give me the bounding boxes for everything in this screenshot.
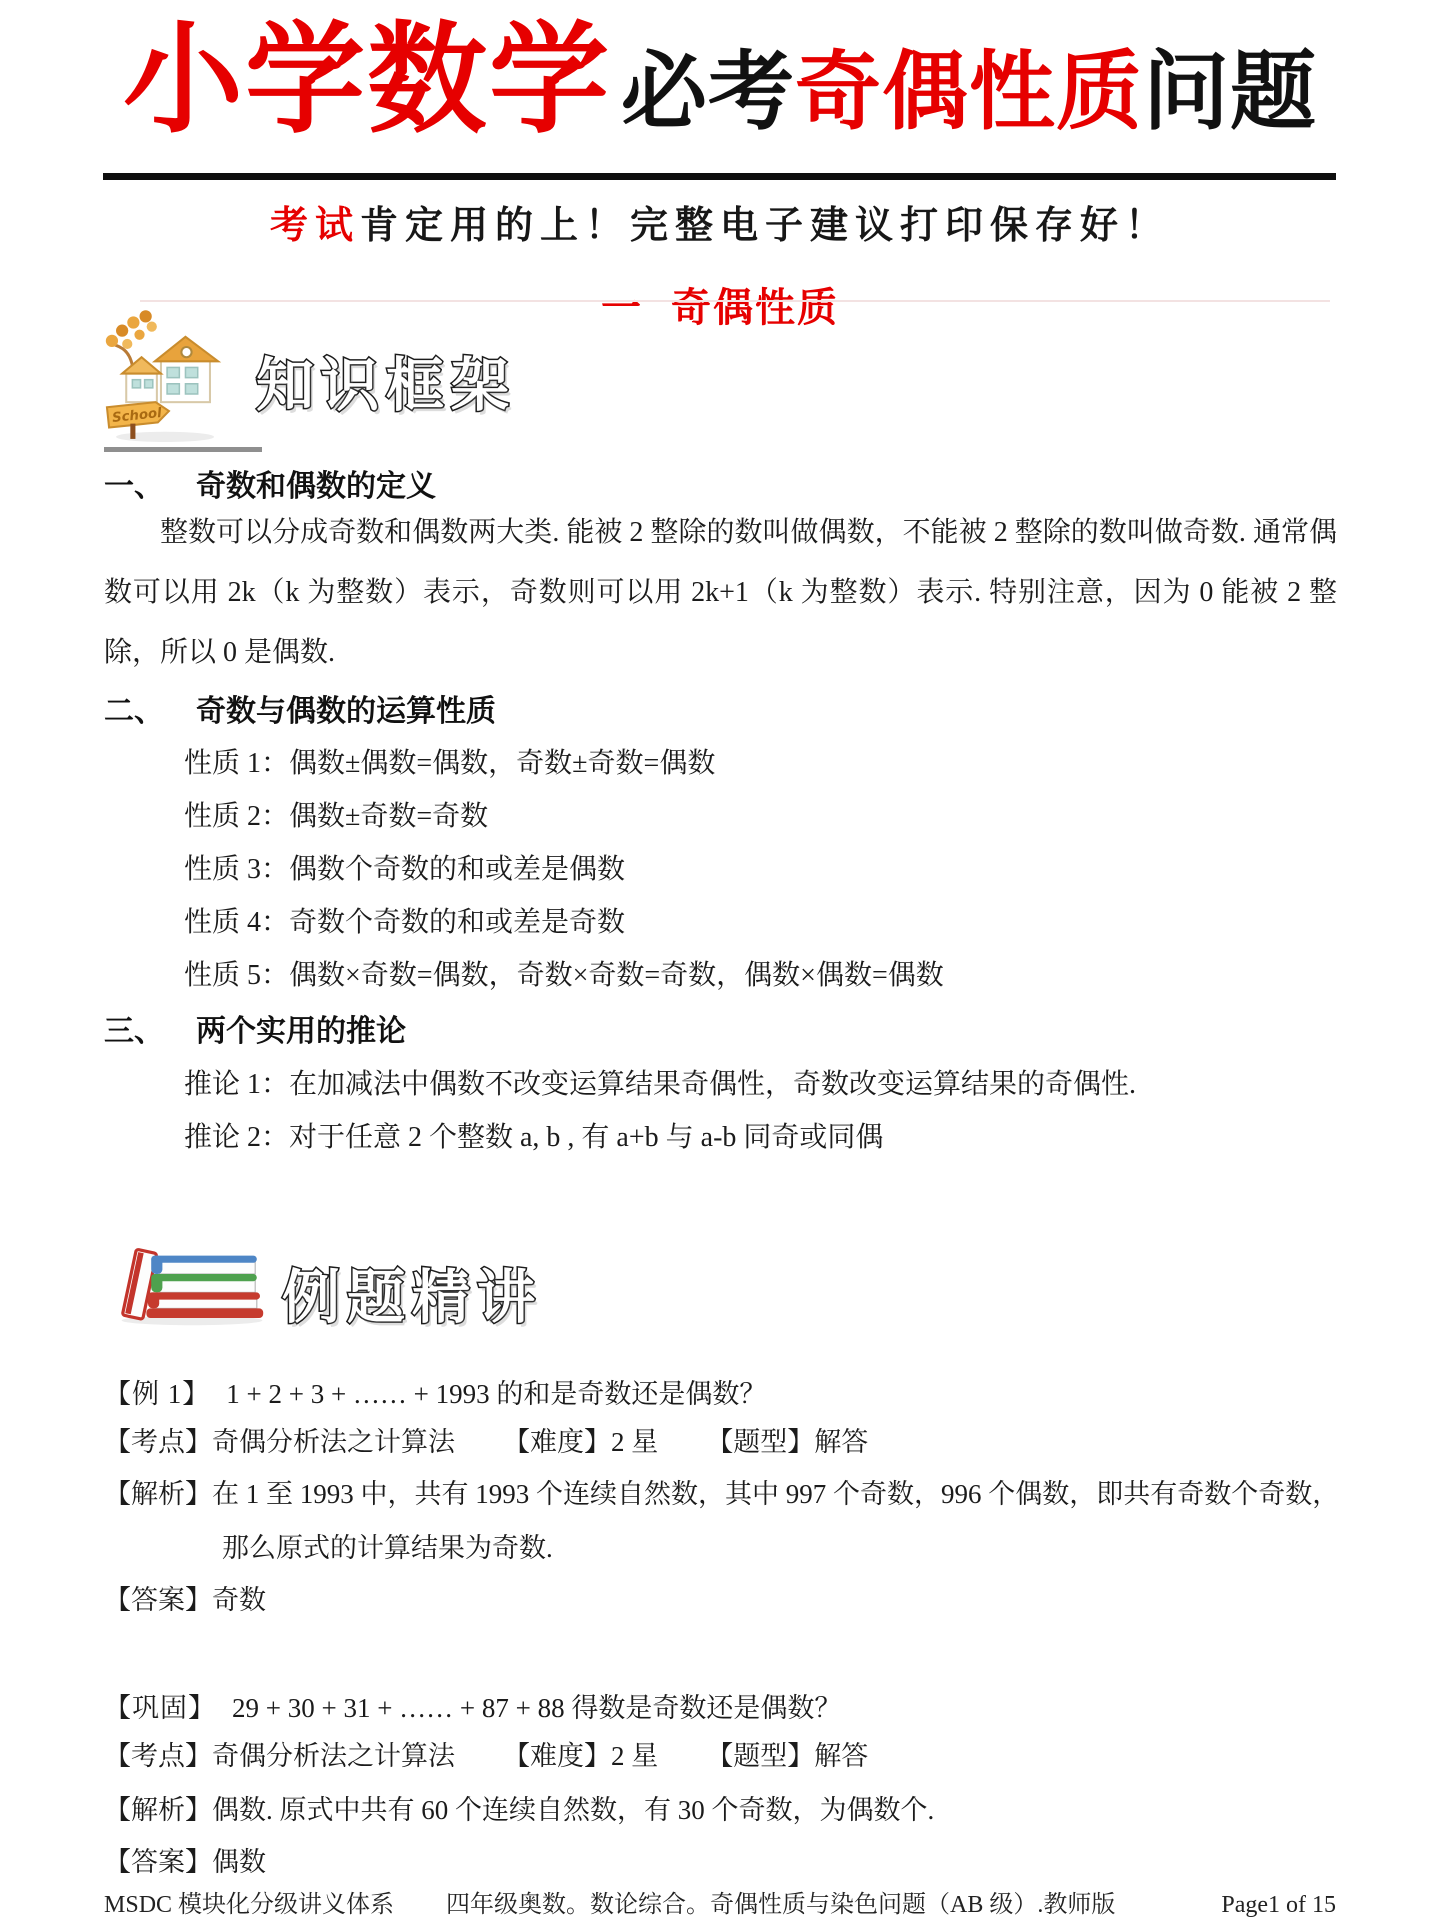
heading-title: 奇数和偶数的定义 [196, 470, 436, 503]
daan-label: 【答案】 [104, 1585, 212, 1615]
faint-divider [140, 300, 1330, 302]
example1-question: 1 + 2 + 3 + …… + 1993 的和是奇数还是偶数？ [226, 1379, 766, 1409]
heading-no: 二、 [104, 695, 164, 728]
subtitle-black: 肯定用的上！完整电子建议打印保存好！ [360, 205, 1170, 247]
consolidation-question-line: 【巩固】29 + 30 + 31 + …… + 87 + 88 得数是奇数还是偶… [104, 1686, 841, 1725]
nandu-label: 【难度】 [503, 1741, 611, 1771]
consolidation-meta-line: 【考点】奇偶分析法之计算法【难度】2 星【题型】解答 [104, 1734, 868, 1773]
jiexi-text: 偶数. 原式中共有 60 个连续自然数，有 30 个奇数，为偶数个. [212, 1795, 934, 1825]
section-title: 奇偶性质 [671, 286, 839, 330]
corollary-item: 推论 1：在加减法中偶数不改变运算结果奇偶性，奇数改变运算结果的奇偶性. [184, 1058, 1136, 1111]
title-red2: 奇偶性质 [795, 44, 1143, 140]
subtitle: 考试肯定用的上！完整电子建议打印保存好！ [0, 194, 1440, 249]
footer-left-group: MSDC 模块化分级讲义体系四年级奥数。数论综合。奇偶性质与染色问题（AB 级）… [104, 1884, 1115, 1919]
tixing-label: 【题型】 [706, 1741, 814, 1771]
heading-no: 三、 [104, 1015, 164, 1048]
property-item: 性质 2：偶数±奇数=奇数 [184, 790, 944, 843]
jiexi-text: 在 1 至 1993 中，共有 1993 个连续自然数，其中 997 个奇数，9… [212, 1479, 1339, 1509]
tixing-value: 解答 [814, 1427, 868, 1457]
property-item: 性质 4：奇数个奇数的和或差是奇数 [184, 896, 944, 949]
corollary-item: 推论 2：对于任意 2 个整数 a, b , 有 a+b 与 a-b 同奇或同偶 [184, 1111, 1136, 1164]
books-icon [108, 1238, 276, 1334]
title-main-red: 小学数学 [123, 12, 611, 150]
heading-corollaries: 三、两个实用的推论 [104, 1006, 406, 1050]
footer-series: MSDC 模块化分级讲义体系 [104, 1892, 394, 1918]
heading-title: 奇数与偶数的运算性质 [196, 695, 496, 728]
example1-meta-line: 【考点】奇偶分析法之计算法【难度】2 星【题型】解答 [104, 1420, 868, 1459]
properties-list: 性质 1：偶数±偶数=偶数，奇数±奇数=偶数 性质 2：偶数±奇数=奇数 性质 … [184, 737, 944, 1002]
corollaries-list: 推论 1：在加减法中偶数不改变运算结果奇偶性，奇数改变运算结果的奇偶性. 推论 … [184, 1058, 1136, 1164]
example1-tag: 【例 1】 [104, 1379, 210, 1409]
kaodian-value: 奇偶分析法之计算法 [212, 1427, 455, 1457]
footer-course: 四年级奥数。数论综合。奇偶性质与染色问题（AB 级）.教师版 [446, 1892, 1115, 1918]
school-sign: School [107, 401, 170, 428]
example1-analysis-line2: 那么原式的计算结果为奇数. [222, 1526, 553, 1565]
worksheet-page: 小学数学 必考奇偶性质问题 考试肯定用的上！完整电子建议打印保存好！ 一奇偶性质… [0, 0, 1440, 1920]
example1-answer-line: 【答案】奇数 [104, 1578, 266, 1617]
school-icon: School [98, 298, 228, 443]
nandu-value: 2 星 [611, 1741, 658, 1771]
jiexi-label: 【解析】 [104, 1795, 212, 1825]
consolidation-tag: 【巩固】 [104, 1693, 216, 1723]
kaodian-label: 【考点】 [104, 1427, 212, 1457]
consolidation-analysis-line: 【解析】偶数. 原式中共有 60 个连续自然数，有 30 个奇数，为偶数个. [104, 1788, 934, 1827]
kaodian-label: 【考点】 [104, 1741, 212, 1771]
tixing-label: 【题型】 [706, 1427, 814, 1457]
consolidation-answer-line: 【答案】偶数 [104, 1840, 266, 1879]
daan-value: 偶数 [212, 1847, 266, 1877]
title-divider-rule [103, 173, 1336, 180]
heading-title: 两个实用的推论 [196, 1015, 406, 1048]
consolidation-question: 29 + 30 + 31 + …… + 87 + 88 得数是奇数还是偶数？ [232, 1693, 841, 1723]
property-item: 性质 3：偶数个奇数的和或差是偶数 [184, 843, 944, 896]
daan-label: 【答案】 [104, 1847, 212, 1877]
title-black2: 问题 [1143, 44, 1317, 140]
section-no: 一 [601, 286, 643, 330]
daan-value: 奇数 [212, 1585, 266, 1615]
kaodian-value: 奇偶分析法之计算法 [212, 1741, 455, 1771]
title-rest: 必考奇偶性质问题 [621, 49, 1317, 135]
property-item: 性质 1：偶数±偶数=偶数，奇数±奇数=偶数 [184, 737, 944, 790]
example1-analysis-line1: 【解析】在 1 至 1993 中，共有 1993 个连续自然数，其中 997 个… [104, 1472, 1339, 1511]
heading-definition: 一、奇数和偶数的定义 [104, 461, 436, 505]
knowledge-banner: 知识框架 [256, 338, 516, 422]
examples-banner: 例题精讲 [282, 1250, 542, 1334]
tixing-value: 解答 [814, 1741, 868, 1771]
page-title: 小学数学 必考奇偶性质问题 [0, 12, 1440, 150]
heading-no: 一、 [104, 470, 164, 503]
property-item: 性质 5：偶数×奇数=偶数，奇数×奇数=奇数，偶数×偶数=偶数 [184, 949, 944, 1002]
footer-page-number: Page1 of 15 [1221, 1892, 1336, 1919]
jiexi-label: 【解析】 [104, 1479, 212, 1509]
example1-question-line: 【例 1】1 + 2 + 3 + …… + 1993 的和是奇数还是偶数？ [104, 1372, 766, 1411]
page-footer: MSDC 模块化分级讲义体系四年级奥数。数论综合。奇偶性质与染色问题（AB 级）… [104, 1884, 1336, 1919]
definition-paragraph: 整数可以分成奇数和偶数两大类. 能被 2 整除的数叫做偶数，不能被 2 整除的数… [104, 503, 1337, 683]
icon-underline [104, 447, 262, 452]
subtitle-red: 考试 [270, 205, 360, 247]
heading-properties: 二、奇数与偶数的运算性质 [104, 686, 496, 730]
title-black1: 必考 [621, 44, 795, 140]
nandu-value: 2 星 [611, 1427, 658, 1457]
nandu-label: 【难度】 [503, 1427, 611, 1457]
